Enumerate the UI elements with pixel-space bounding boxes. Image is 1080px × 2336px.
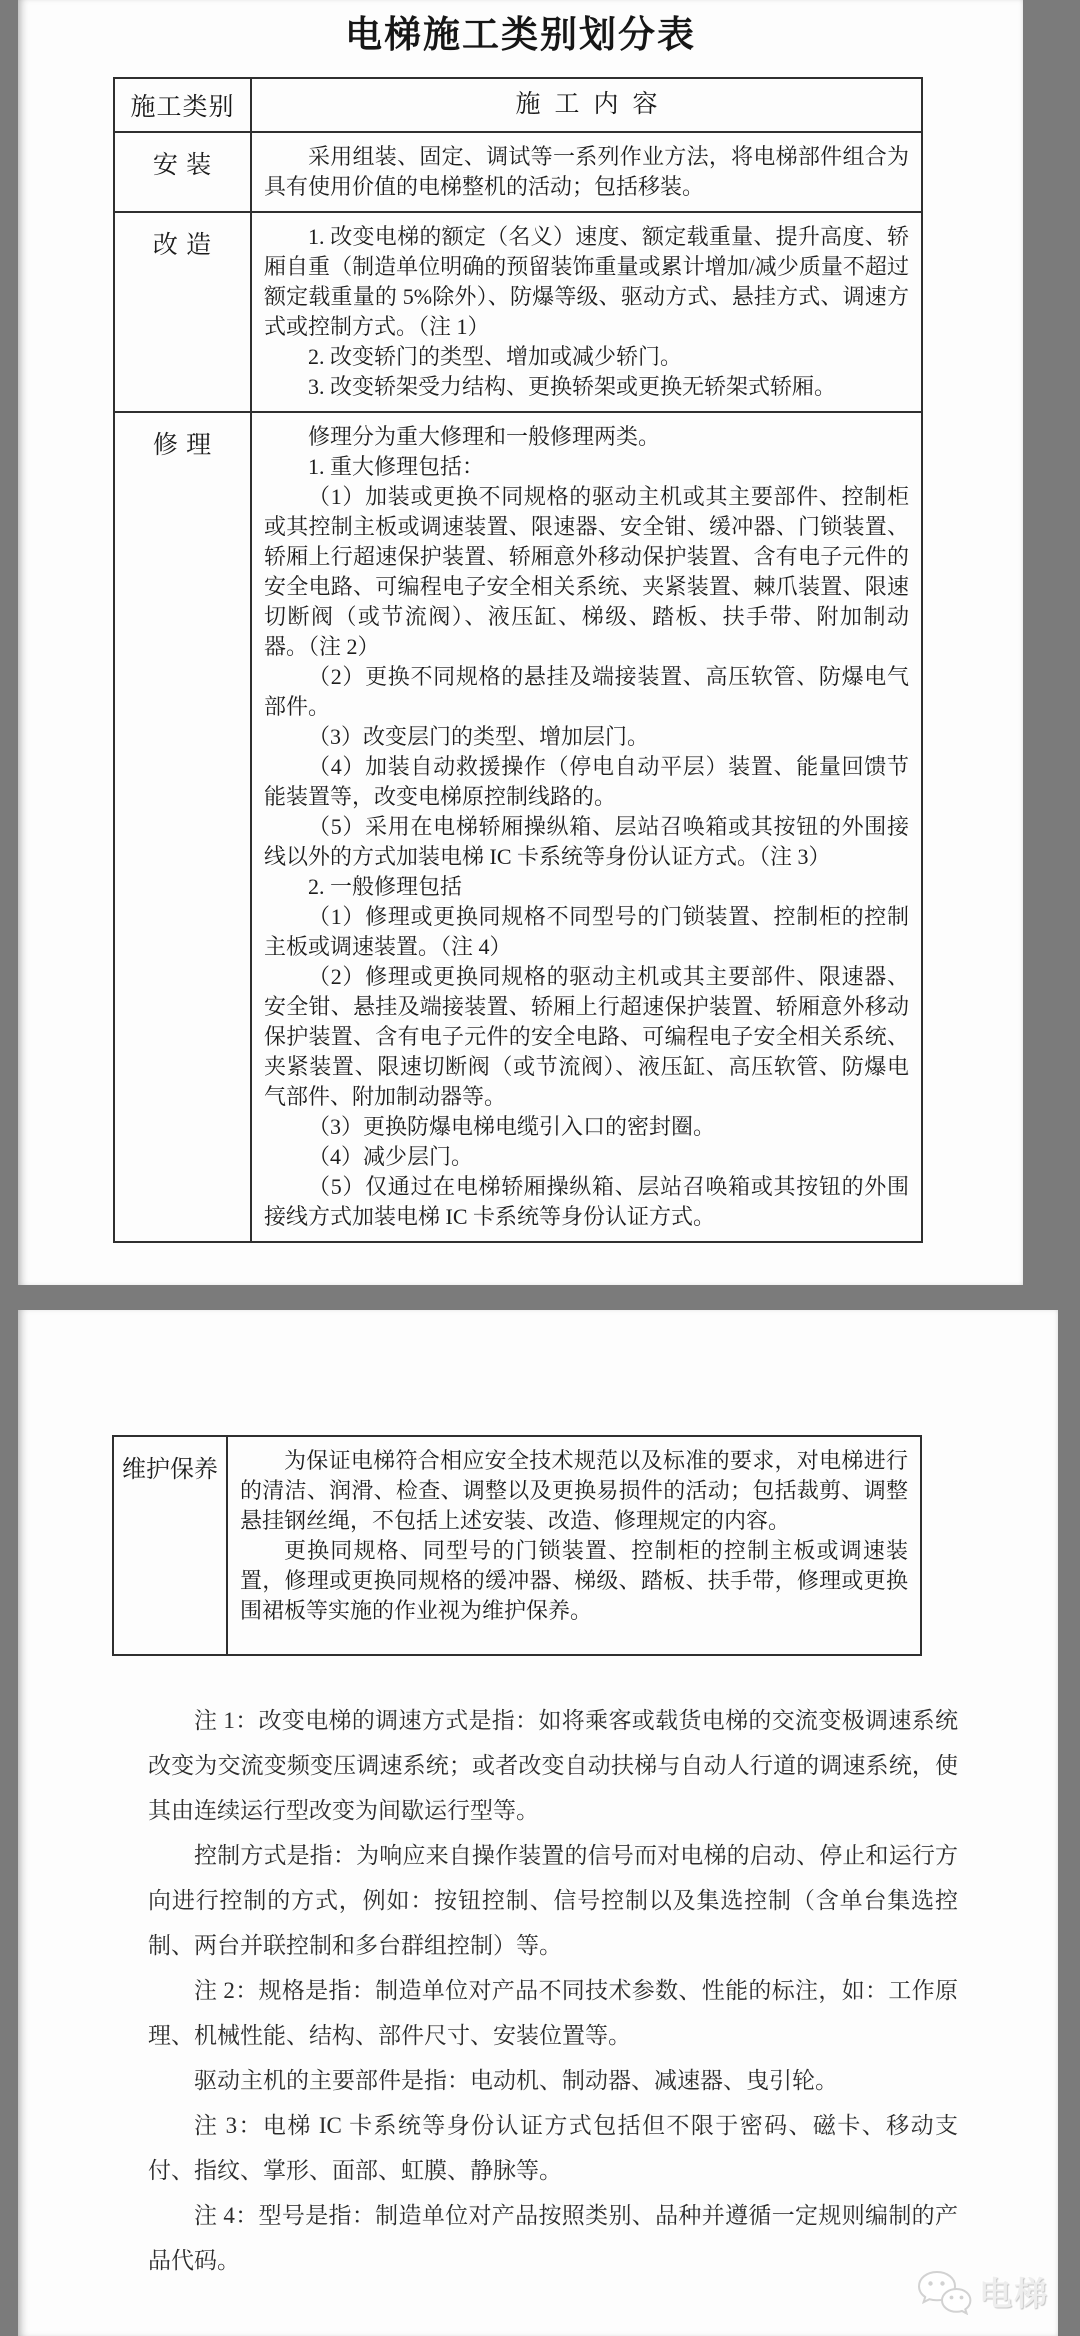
- table-row-repair: 修 理 修理分为重大修理和一般修理两类。1. 重大修理包括：（1）加装或更换不同…: [115, 411, 921, 1241]
- table-row-modify: 改 造 1. 改变电梯的额定（名义）速度、额定载重量、提升高度、轿厢自重（制造单…: [115, 211, 921, 411]
- table-row-install: 安 装 采用组装、固定、调试等一系列作业方法，将电梯部件组合为具有使用价值的电梯…: [115, 131, 921, 211]
- row-label-install: 安 装: [115, 133, 252, 211]
- page-title: 电梯施工类别划分表: [18, 4, 1023, 58]
- content-paragraph: 2. 改变轿门的类型、增加或减少轿门。: [264, 342, 909, 372]
- row-label-modify: 改 造: [115, 213, 252, 411]
- row-label-repair: 修 理: [115, 413, 252, 1241]
- header-col-category: 施工类别: [115, 79, 252, 131]
- watermark: 电梯: [916, 2268, 1049, 2315]
- content-paragraph: 2. 一般修理包括: [264, 872, 909, 902]
- content-paragraph: （1）加装或更换不同规格的驱动主机或其主要部件、控制柜或其控制主板或调速装置、限…: [264, 482, 909, 662]
- row-content-modify: 1. 改变电梯的额定（名义）速度、额定载重量、提升高度、轿厢自重（制造单位明确的…: [252, 213, 921, 411]
- content-paragraph: （3）改变层门的类型、增加层门。: [264, 722, 909, 752]
- note-paragraph: 注 2：规格是指：制造单位对产品不同技术参数、性能的标注，如：工作原理、机械性能…: [148, 1968, 958, 2058]
- content-paragraph: （4）加装自动救援操作（停电自动平层）装置、能量回馈节能装置等，改变电梯原控制线…: [264, 752, 909, 812]
- table-header-row: 施工类别 施工内容: [115, 79, 921, 131]
- document-page-2: 维护保养 为保证电梯符合相应安全技术规范以及标准的要求，对电梯进行的清洁、润滑、…: [18, 1310, 1058, 2336]
- header-col-content: 施工内容: [252, 79, 921, 131]
- content-paragraph: 1. 重大修理包括：: [264, 452, 909, 482]
- note-paragraph: 注 4：型号是指：制造单位对产品按照类别、品种并遵循一定规则编制的产品代码。: [148, 2193, 958, 2283]
- content-paragraph: 采用组装、固定、调试等一系列作业方法，将电梯部件组合为具有使用价值的电梯整机的活…: [264, 142, 909, 202]
- row-label-maintenance: 维护保养: [114, 1437, 228, 1654]
- table-row-maintenance: 维护保养 为保证电梯符合相应安全技术规范以及标准的要求，对电梯进行的清洁、润滑、…: [114, 1437, 920, 1654]
- content-paragraph: （5）仅通过在电梯轿厢操纵箱、层站召唤箱或其按钮的外围接线方式加装电梯 IC 卡…: [264, 1172, 909, 1232]
- content-paragraph: 修理分为重大修理和一般修理两类。: [264, 422, 909, 452]
- wechat-icon: [916, 2269, 972, 2315]
- note-paragraph: 注 1：改变电梯的调速方式是指：如将乘客或载货电梯的交流变极调速系统改变为交流变…: [148, 1698, 958, 1833]
- content-paragraph: （1）修理或更换同规格不同型号的门锁装置、控制柜的控制主板或调速装置。（注 4）: [264, 902, 909, 962]
- content-paragraph: （5）采用在电梯轿厢操纵箱、层站召唤箱或其按钮的外围接线以外的方式加装电梯 IC…: [264, 812, 909, 872]
- row-content-install: 采用组装、固定、调试等一系列作业方法，将电梯部件组合为具有使用价值的电梯整机的活…: [252, 133, 921, 211]
- screenshot-root: { "colors": { "background_gray": "#7b7b7…: [0, 0, 1080, 2336]
- content-paragraph: （3）更换防爆电梯电缆引入口的密封圈。: [264, 1112, 909, 1142]
- row-content-maintenance: 为保证电梯符合相应安全技术规范以及标准的要求，对电梯进行的清洁、润滑、检查、调整…: [228, 1437, 920, 1654]
- content-paragraph: 为保证电梯符合相应安全技术规范以及标准的要求，对电梯进行的清洁、润滑、检查、调整…: [240, 1446, 908, 1536]
- content-paragraph: （4）减少层门。: [264, 1142, 909, 1172]
- row-content-repair: 修理分为重大修理和一般修理两类。1. 重大修理包括：（1）加装或更换不同规格的驱…: [252, 413, 921, 1241]
- notes-section: 注 1：改变电梯的调速方式是指：如将乘客或载货电梯的交流变极调速系统改变为交流变…: [148, 1698, 958, 2283]
- maintenance-table: 维护保养 为保证电梯符合相应安全技术规范以及标准的要求，对电梯进行的清洁、润滑、…: [112, 1435, 922, 1656]
- content-paragraph: （2）修理或更换同规格的驱动主机或其主要部件、限速器、安全钳、悬挂及端接装置、轿…: [264, 962, 909, 1112]
- content-paragraph: 更换同规格、同型号的门锁装置、控制柜的控制主板或调速装置，修理或更换同规格的缓冲…: [240, 1536, 908, 1626]
- document-page-1: 电梯施工类别划分表 施工类别 施工内容 安 装 采用组装、固定、调试等一系列作业…: [18, 0, 1023, 1285]
- content-paragraph: 3. 改变轿架受力结构、更换轿架或更换无轿架式轿厢。: [264, 372, 909, 402]
- content-paragraph: （2）更换不同规格的悬挂及端接装置、高压软管、防爆电气部件。: [264, 662, 909, 722]
- content-paragraph: 1. 改变电梯的额定（名义）速度、额定载重量、提升高度、轿厢自重（制造单位明确的…: [264, 222, 909, 342]
- watermark-label: 电梯: [979, 2268, 1049, 2315]
- note-paragraph: 驱动主机的主要部件是指：电动机、制动器、减速器、曳引轮。: [148, 2058, 958, 2103]
- construction-category-table: 施工类别 施工内容 安 装 采用组装、固定、调试等一系列作业方法，将电梯部件组合…: [113, 77, 923, 1243]
- note-paragraph: 注 3：电梯 IC 卡系统等身份认证方式包括但不限于密码、磁卡、移动支付、指纹、…: [148, 2103, 958, 2193]
- note-paragraph: 控制方式是指：为响应来自操作装置的信号而对电梯的启动、停止和运行方向进行控制的方…: [148, 1833, 958, 1968]
